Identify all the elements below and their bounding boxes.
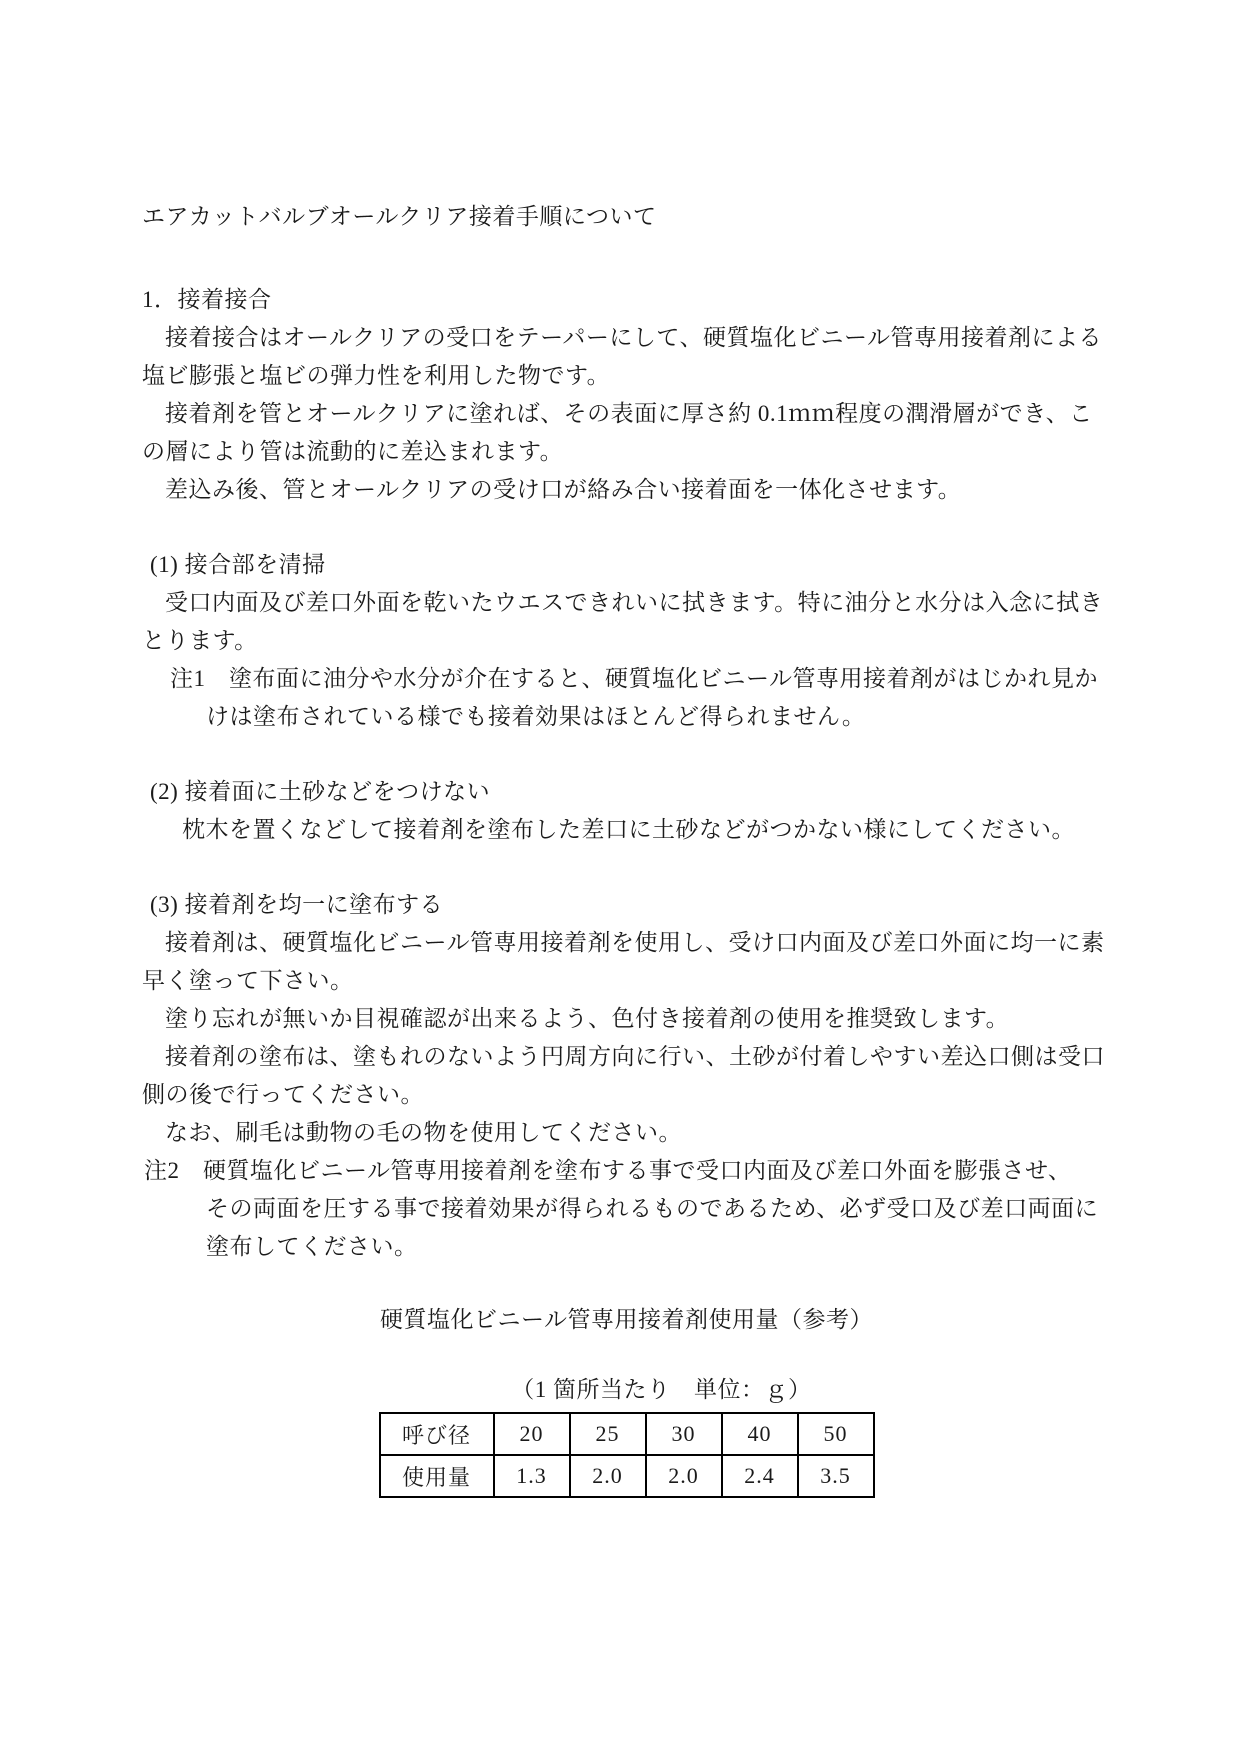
text-line: 接着剤を管とオールクリアに塗れば、その表面に厚さ約 0.1ｍｍ程度の潤滑層ができ…: [142, 395, 1111, 433]
section-1-heading: 1．接着接合: [142, 281, 1111, 319]
text-line: なお、刷毛は動物の毛の物を使用してください。: [142, 1114, 1111, 1152]
step-1-heading: (1) 接合部を清掃: [142, 546, 1111, 584]
step-3-heading: (3) 接着剤を均一に塗布する: [142, 886, 1111, 924]
note-2-line: その両面を圧する事で接着効果が得られるものであるため、必ず受口及び差口両面に: [142, 1190, 1111, 1228]
table-value-cell: 25: [570, 1413, 646, 1455]
text-line: とります。: [142, 622, 1111, 660]
text-line: 接着剤は、硬質塩化ビニール管専用接着剤を使用し、受け口内面及び差口外面に均一に素: [142, 924, 1111, 962]
table-caption: 硬質塩化ビニール管専用接着剤使用量（参考）: [142, 1301, 1111, 1339]
text-line: 受口内面及び差口外面を乾いたウエスできれいに拭きます。特に油分と水分は入念に拭き: [142, 584, 1111, 622]
text-line: の層により管は流動的に差込まれます。: [142, 433, 1111, 471]
table-value-cell: 2.0: [570, 1455, 646, 1497]
table-value-cell: 2.4: [722, 1455, 798, 1497]
text-line: 接着剤の塗布は、塗もれのないよう円周方向に行い、土砂が付着しやすい差込口側は受口: [142, 1038, 1111, 1076]
table-value-cell: 50: [798, 1413, 874, 1455]
text-line: 側の後で行ってください。: [142, 1076, 1111, 1114]
text-line: 接着接合はオールクリアの受口をテーパーにして、硬質塩化ビニール管専用接着剤による: [142, 319, 1111, 357]
step-2-heading: (2) 接着面に土砂などをつけない: [142, 773, 1111, 811]
table-value-cell: 30: [646, 1413, 722, 1455]
table-value-cell: 3.5: [798, 1455, 874, 1497]
table-value-cell: 1.3: [494, 1455, 570, 1497]
text-line: 塩ビ膨張と塩ビの弾力性を利用した物です。: [142, 357, 1111, 395]
note-1-line: 注1 塗布面に油分や水分が介在すると、硬質塩化ビニール管専用接着剤がはじかれ見か: [142, 660, 1111, 698]
table-value-cell: 40: [722, 1413, 798, 1455]
table-row: 呼び径 20 25 30 40 50: [380, 1413, 874, 1455]
table-value-cell: 20: [494, 1413, 570, 1455]
text-line: 早く塗って下さい。: [142, 962, 1111, 1000]
usage-table: 呼び径 20 25 30 40 50 使用量 1.3 2.0 2.0 2.4 3…: [379, 1412, 875, 1498]
table-value-cell: 2.0: [646, 1455, 722, 1497]
note-2-line: 塗布してください。: [142, 1228, 1111, 1266]
document-title: エアカットバルブオールクリア接着手順について: [142, 198, 1111, 236]
table-header-cell: 使用量: [380, 1455, 494, 1497]
text-line: 差込み後、管とオールクリアの受け口が絡み合い接着面を一体化させます。: [142, 471, 1111, 509]
note-2-line: 注2 硬質塩化ビニール管専用接着剤を塗布する事で受口内面及び差口外面を膨張させ、: [142, 1152, 1111, 1190]
note-1-line: けは塗布されている様でも接着効果はほとんど得られません。: [142, 698, 1111, 736]
table-unit-note: （1 箇所当たり 単位：ｇ）: [511, 1377, 811, 1402]
table-header-cell: 呼び径: [380, 1413, 494, 1455]
text-line: 塗り忘れが無いか目視確認が出来るよう、色付き接着剤の使用を推奨致します。: [142, 1000, 1111, 1038]
table-row: 使用量 1.3 2.0 2.0 2.4 3.5: [380, 1455, 874, 1497]
text-line: 枕木を置くなどして接着剤を塗布した差口に土砂などがつかない様にしてください。: [142, 811, 1111, 849]
document-page: エアカットバルブオールクリア接着手順について 1．接着接合 接着接合はオールクリ…: [0, 0, 1241, 1755]
